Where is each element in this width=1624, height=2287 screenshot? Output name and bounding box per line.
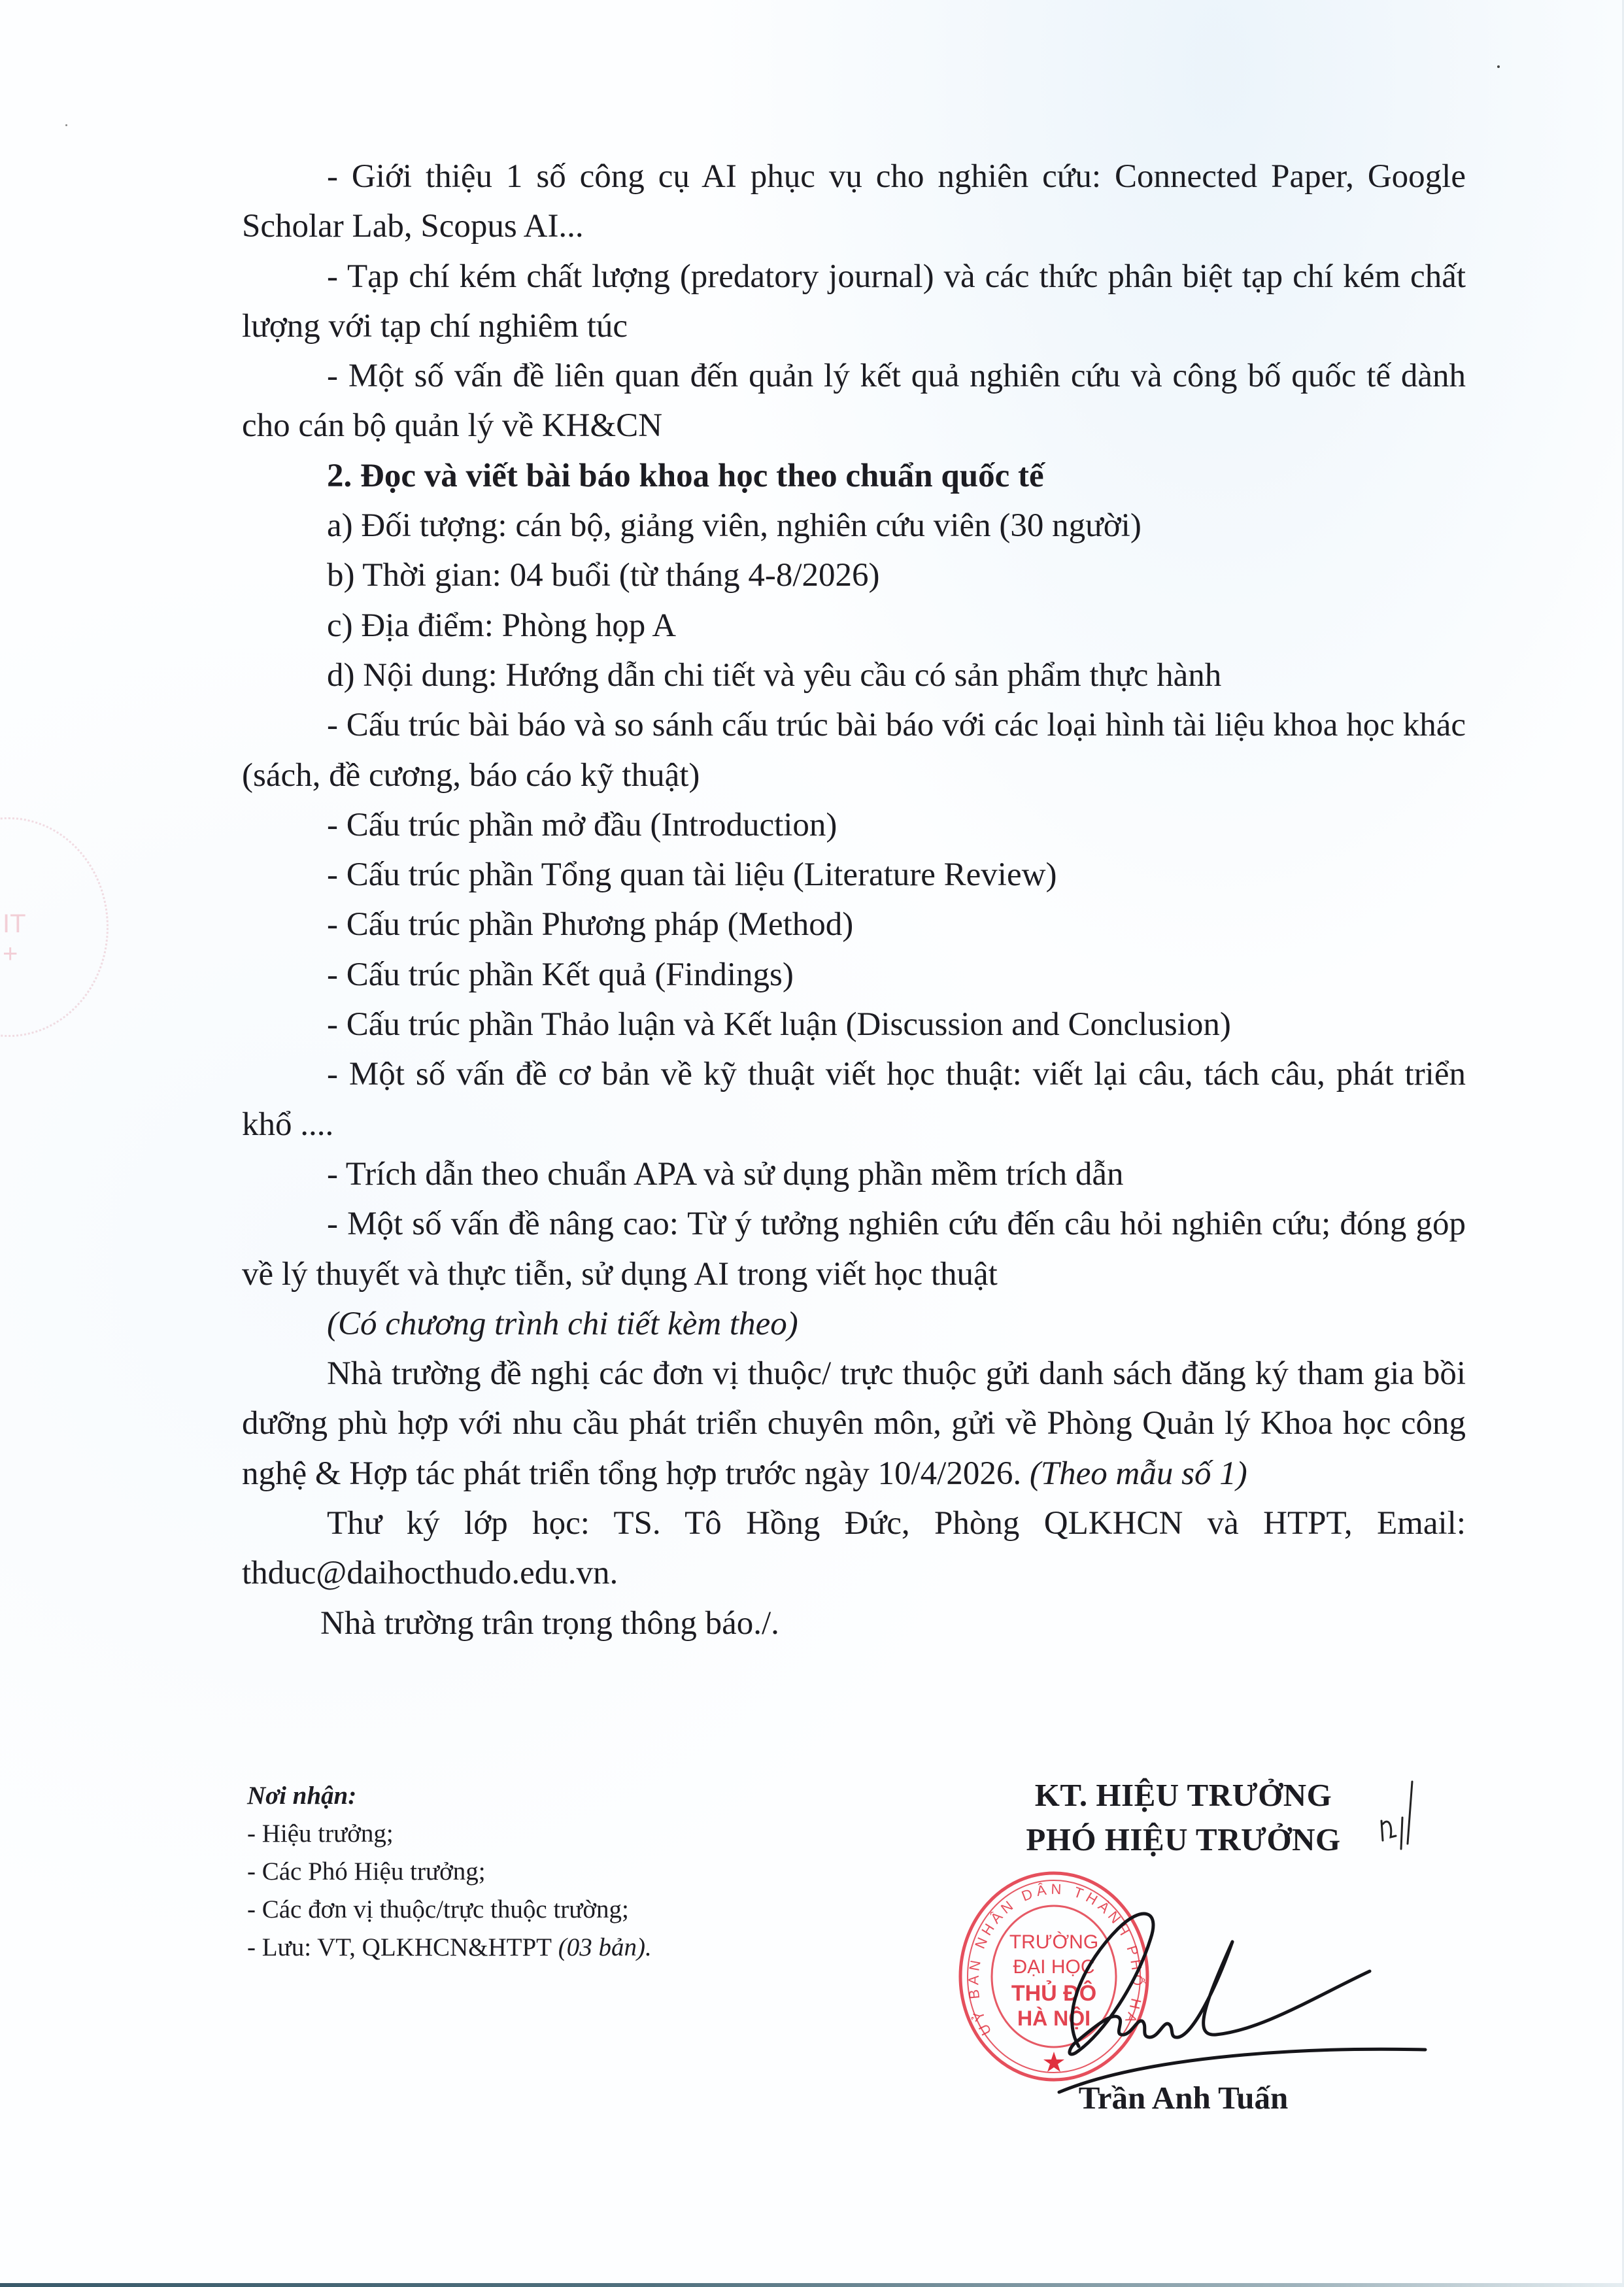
closing-statement: Nhà trường trân trọng thông báo./. xyxy=(242,1599,1466,1648)
bullet-advanced-topics: - Một số vấn đề nâng cao: Từ ý tưởng ngh… xyxy=(242,1199,1466,1299)
seal-bleed-text: IT + xyxy=(3,909,26,969)
signature-role-2: PHÓ HIỆU TRƯỞNG xyxy=(948,1818,1419,1862)
secretary-email-link[interactable]: thduc@daihocthudo.edu.vn xyxy=(242,1555,610,1591)
handwritten-signature-icon xyxy=(1007,1883,1478,2105)
recipients-block: Nơi nhận: - Hiệu trưởng; - Các Phó Hiệu … xyxy=(247,1777,652,1967)
scan-border-bottom xyxy=(0,2283,1624,2287)
scan-speck xyxy=(65,124,67,126)
document-body: - Giới thiệu 1 số công cụ AI phục vụ cho… xyxy=(242,152,1466,1648)
bullet-introduction: - Cấu trúc phần mở đầu (Introduction) xyxy=(242,800,1466,850)
recipients-title: Nơi nhận: xyxy=(247,1777,652,1815)
bullet-findings: - Cấu trúc phần Kết quả (Findings) xyxy=(242,950,1466,1000)
item-b-time: b) Thời gian: 04 buổi (từ tháng 4-8/2026… xyxy=(242,551,1466,600)
recipient-item: - Lưu: VT, QLKHCN&HTPT (03 bản). xyxy=(247,1929,652,1967)
item-d-content: d) Nội dung: Hướng dẫn chi tiết và yêu c… xyxy=(242,651,1466,700)
bullet-research-management: - Một số vấn đề liên quan đến quản lý kế… xyxy=(242,351,1466,451)
bullet-predatory-journal: - Tạp chí kém chất lượng (predatory jour… xyxy=(242,252,1466,352)
bullet-apa-citation: - Trích dẫn theo chuẩn APA và sử dụng ph… xyxy=(242,1149,1466,1199)
signature-role-1: KT. HIỆU TRƯỞNG xyxy=(948,1773,1419,1818)
form-note: (Theo mẫu số 1) xyxy=(1021,1455,1247,1492)
scan-speck xyxy=(1497,65,1500,68)
bullet-paper-structure: - Cấu trúc bài báo và so sánh cấu trúc b… xyxy=(242,700,1466,800)
bullet-writing-techniques: - Một số vấn đề cơ bản về kỹ thuật viết … xyxy=(242,1049,1466,1149)
secretary-info: Thư ký lớp học: TS. Tô Hồng Đức, Phòng Q… xyxy=(242,1499,1466,1599)
bullet-literature-review: - Cấu trúc phần Tổng quan tài liệu (Lite… xyxy=(242,850,1466,900)
attachment-note: (Có chương trình chi tiết kèm theo) xyxy=(242,1299,1466,1349)
bullet-discussion: - Cấu trúc phần Thảo luận và Kết luận (D… xyxy=(242,1000,1466,1049)
item-c-location: c) Địa điểm: Phòng họp A xyxy=(242,601,1466,651)
signature-block: KT. HIỆU TRƯỞNG PHÓ HIỆU TRƯỞNG Trần Anh… xyxy=(948,1773,1419,1862)
signer-name: Trần Anh Tuấn xyxy=(948,2079,1419,2116)
item-a-participants: a) Đối tượng: cán bộ, giảng viên, nghiên… xyxy=(242,501,1466,551)
registration-request: Nhà trường đề nghị các đơn vị thuộc/ trự… xyxy=(242,1349,1466,1499)
section-heading-2: 2. Đọc và viết bài báo khoa học theo chu… xyxy=(242,451,1466,501)
recipient-item: - Các Phó Hiệu trưởng; xyxy=(247,1853,652,1891)
recipient-item: - Hiệu trưởng; xyxy=(247,1815,652,1853)
bullet-ai-tools: - Giới thiệu 1 số công cụ AI phục vụ cho… xyxy=(242,152,1466,252)
recipient-item: - Các đơn vị thuộc/trực thuộc trường; xyxy=(247,1891,652,1929)
bullet-method: - Cấu trúc phần Phương pháp (Method) xyxy=(242,900,1466,949)
